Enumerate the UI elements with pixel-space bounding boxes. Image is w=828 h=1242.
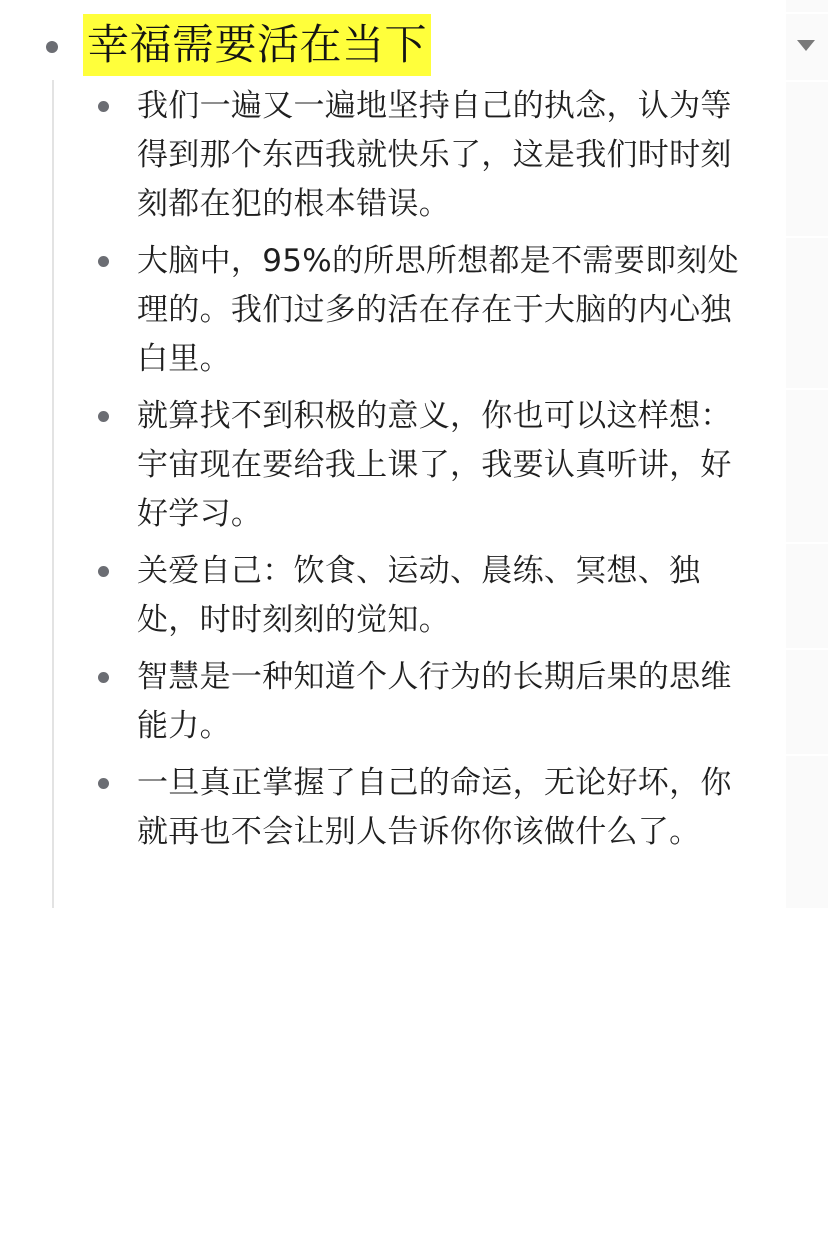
bullet-icon[interactable] — [98, 566, 109, 577]
bullet-icon[interactable] — [98, 672, 109, 683]
bullet-icon[interactable] — [98, 778, 109, 789]
gutter-divider — [786, 754, 828, 756]
list-item[interactable]: 智慧是一种知道个人行为的长期后果的思维能力。 — [0, 653, 786, 751]
bullet-icon[interactable] — [46, 41, 58, 53]
list-item[interactable]: 关爱自己：饮食、运动、晨练、冥想、独处，时时刻刻的觉知。 — [0, 547, 786, 645]
list-item-text[interactable]: 一旦真正掌握了自己的命运，无论好坏，你就再也不会让别人告诉你你该做什么了。 — [137, 759, 751, 857]
list-item[interactable]: 我们一遍又一遍地坚持自己的执念，认为等得到那个东西我就快乐了，这是我们时时刻刻都… — [0, 82, 786, 229]
bullet-icon[interactable] — [98, 101, 109, 112]
list-item-text[interactable]: 关爱自己：饮食、运动、晨练、冥想、独处，时时刻刻的觉知。 — [137, 547, 751, 645]
gutter-divider — [786, 388, 828, 390]
gutter-divider — [786, 80, 828, 82]
gutter-divider — [786, 236, 828, 238]
outline-node-root: 幸福需要活在当下 — [0, 0, 786, 80]
gutter-divider — [786, 648, 828, 650]
list-item-text[interactable]: 智慧是一种知道个人行为的长期后果的思维能力。 — [137, 653, 751, 751]
bullet-icon[interactable] — [98, 411, 109, 422]
bullet-icon[interactable] — [98, 256, 109, 267]
list-item-text[interactable]: 大脑中，95%的所思所想都是不需要即刻处理的。我们过多的活在存在于大脑的内心独白… — [137, 237, 751, 384]
list-item[interactable]: 大脑中，95%的所思所想都是不需要即刻处理的。我们过多的活在存在于大脑的内心独白… — [0, 237, 786, 384]
list-item[interactable]: 就算找不到积极的意义，你也可以这样想：宇宙现在要给我上课了，我要认真听讲，好好学… — [0, 392, 786, 539]
list-item-text[interactable]: 就算找不到积极的意义，你也可以这样想：宇宙现在要给我上课了，我要认真听讲，好好学… — [137, 392, 751, 539]
node-title[interactable]: 幸福需要活在当下 — [83, 14, 431, 76]
gutter-divider — [786, 12, 828, 14]
list-item-text[interactable]: 我们一遍又一遍地坚持自己的执念，认为等得到那个东西我就快乐了，这是我们时时刻刻都… — [137, 82, 751, 229]
list-item[interactable]: 一旦真正掌握了自己的命运，无论好坏，你就再也不会让别人告诉你你该做什么了。 — [0, 759, 786, 857]
gutter-divider — [786, 542, 828, 544]
caret-down-icon[interactable] — [797, 40, 815, 51]
child-list: 我们一遍又一遍地坚持自己的执念，认为等得到那个东西我就快乐了，这是我们时时刻刻都… — [0, 82, 786, 865]
side-gutter — [786, 0, 828, 908]
